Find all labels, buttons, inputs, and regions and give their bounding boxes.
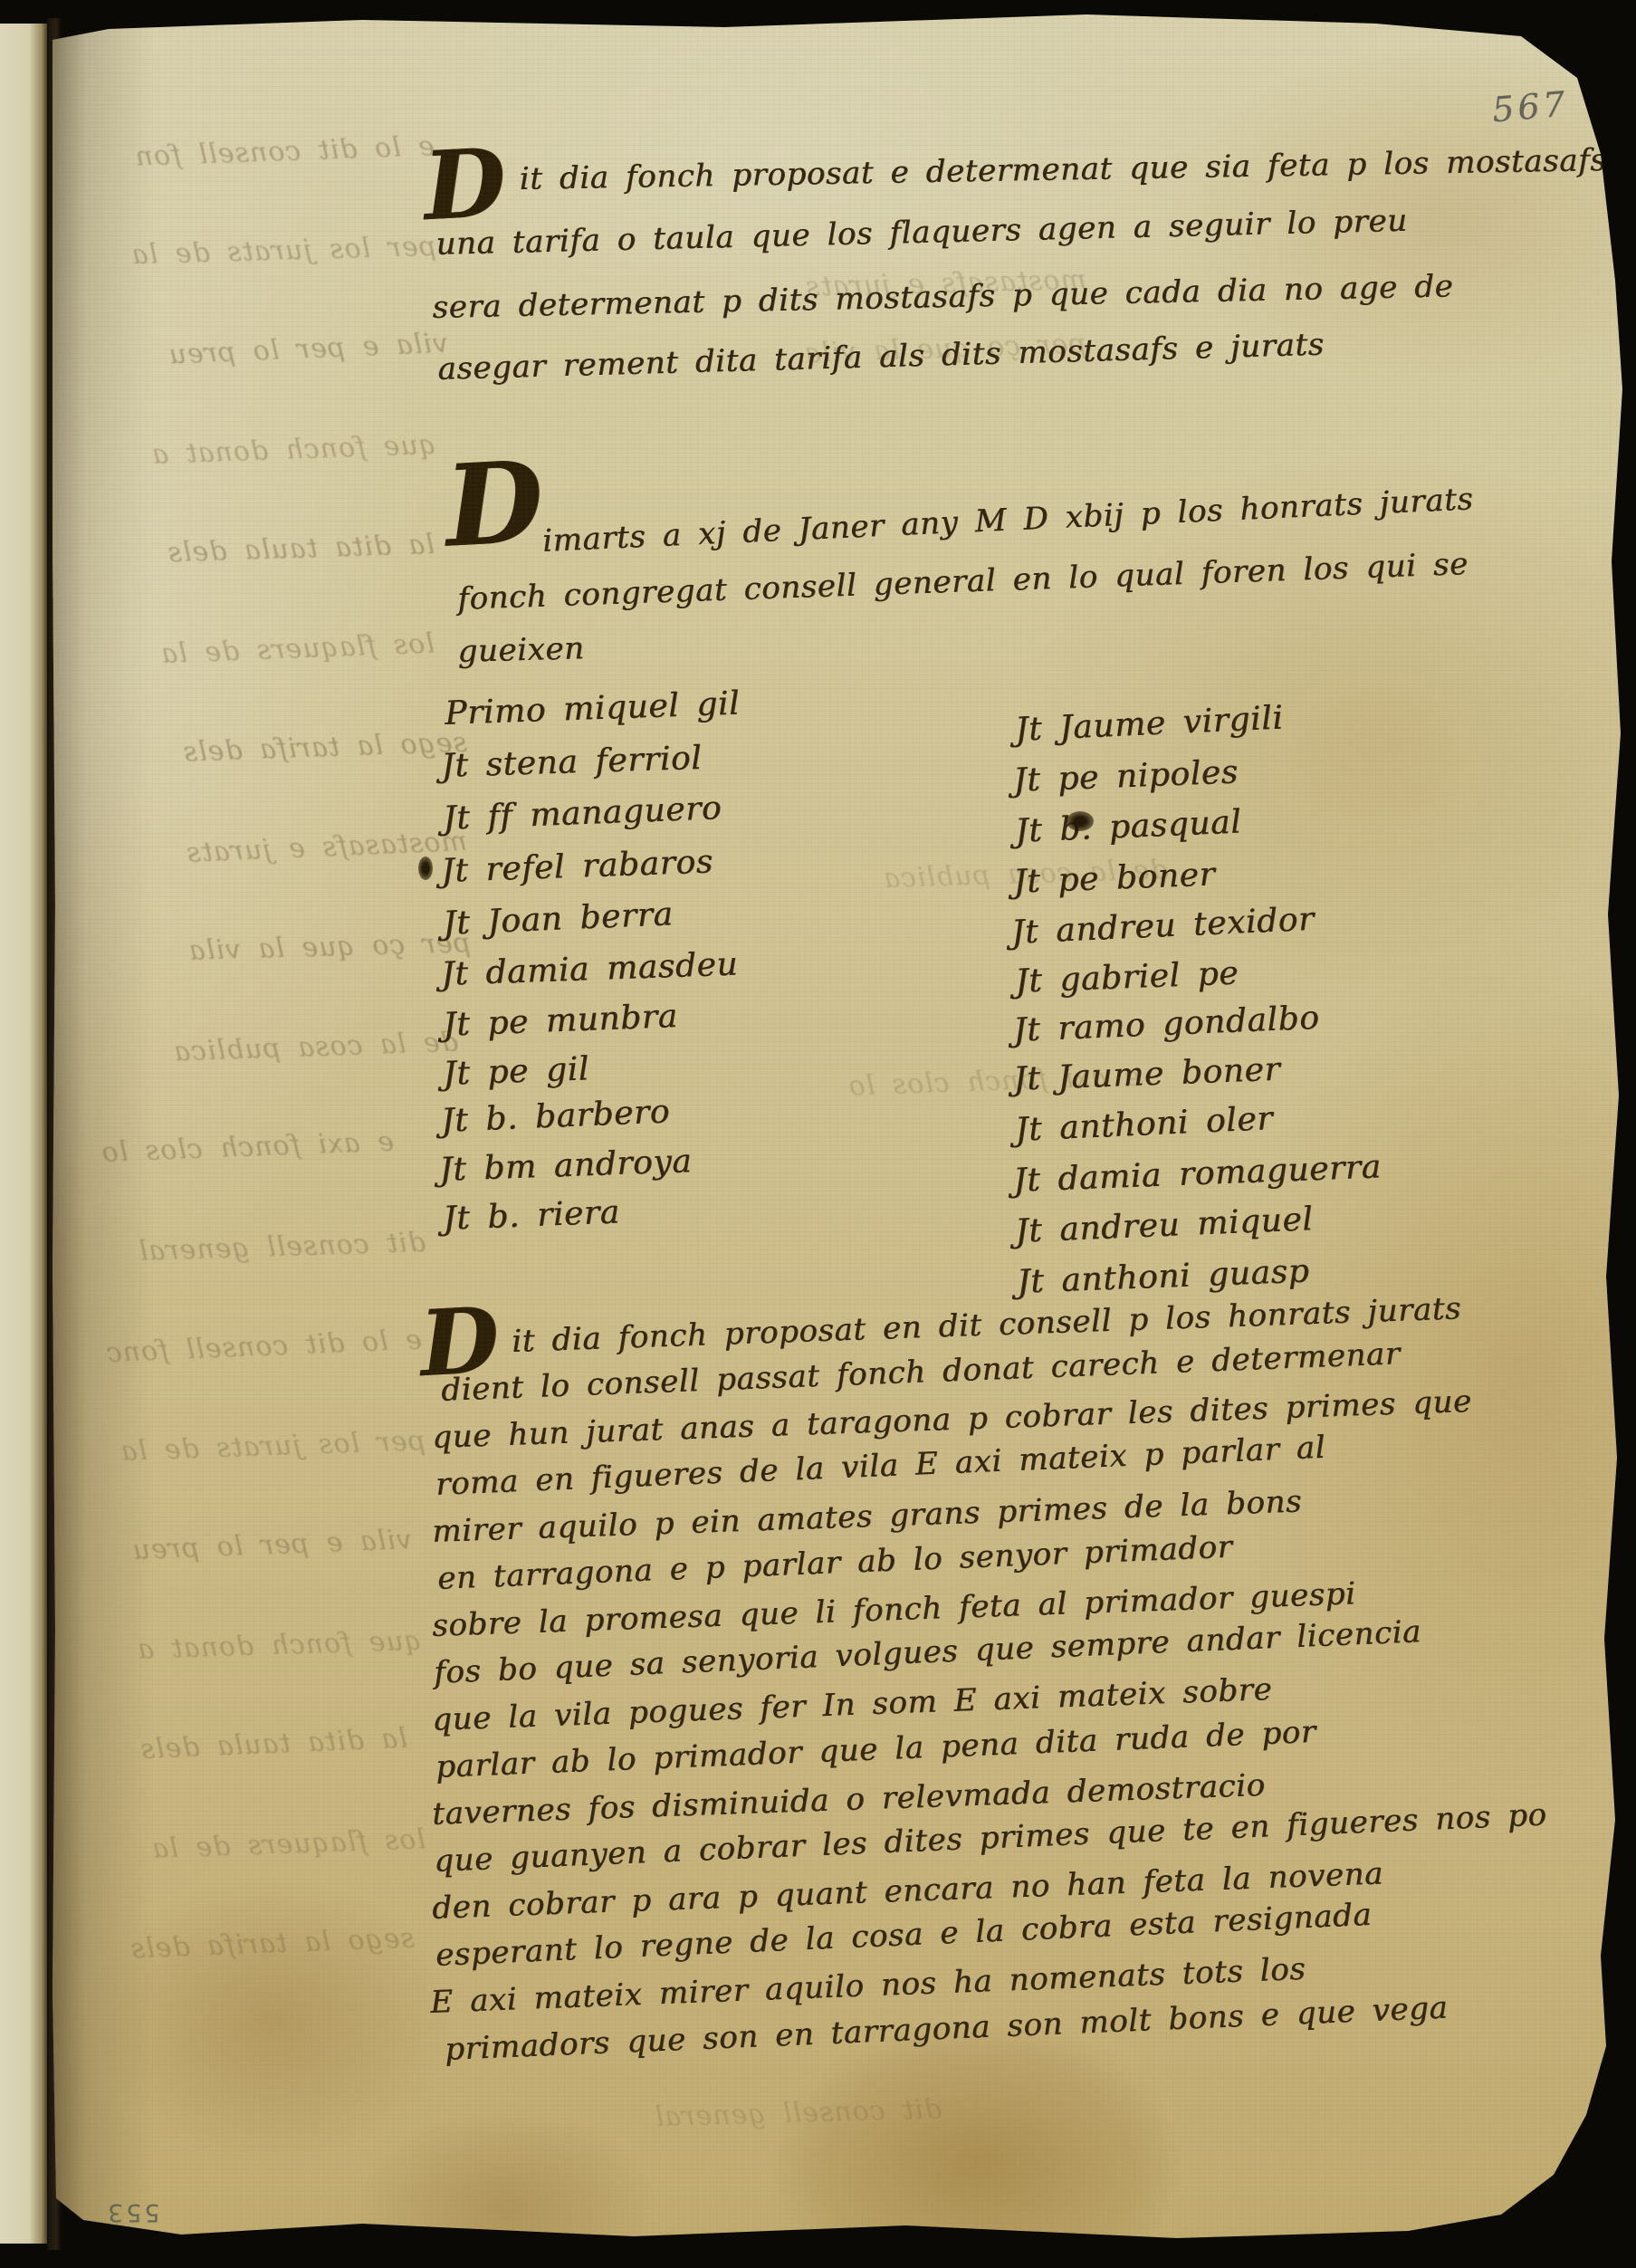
attendee-name: Jt anthoni guasp [1016, 1253, 1310, 1301]
attendee-name: Jt andreu miquel [1014, 1201, 1314, 1250]
manuscript-page: 567 e lo dit consell fonc per los jurats… [0, 0, 1636, 2268]
bleed-through-line: dit consell general [435, 2093, 942, 2139]
manuscript-line: sera determenat p dits mostasafs p que c… [432, 268, 1453, 326]
bleed-through-line: per los jurats de la [101, 231, 437, 272]
attendee-name: Jt ramo gondalbo [1012, 1000, 1320, 1049]
attendee-name: Jt stena ferriol [441, 740, 703, 785]
attendee-name: Jt damia masdeu [441, 946, 739, 993]
attendee-name: Jt b. barbero [440, 1093, 671, 1140]
manuscript-line: gueixen [457, 630, 585, 670]
attendee-name: Jt pe boner [1012, 856, 1216, 901]
attendee-name: Jt b. pasqual [1014, 804, 1242, 850]
attendee-name: Jt Jaume boner [1012, 1051, 1280, 1098]
attendee-name: Jt bm androya [439, 1143, 693, 1189]
initial-capital-d: D [421, 136, 508, 234]
attendee-name: Jt andreu texidor [1010, 901, 1315, 952]
bleed-through-line: la dita taula dels [91, 529, 435, 571]
manuscript-line: fonch congregat consell general en lo qu… [457, 546, 1469, 617]
scanned-manuscript: { "document": { "folio_number": "567", "… [0, 0, 1636, 2268]
bleed-through-line: e lo dit consell fonc [135, 130, 435, 172]
bleed-through-line: e axi fonch clos lo [85, 1125, 394, 1169]
manuscript-line: una tarifa o taula que los flaquers agen… [435, 203, 1408, 263]
attendee-name: Jt b. riera [442, 1194, 620, 1238]
bleed-through-line: vila e per lo preu [85, 1524, 412, 1568]
manuscript-line: it dia fonch proposat e determenat que s… [519, 142, 1606, 197]
bleed-through-line: de la cosa publica [123, 1027, 459, 1070]
bleed-through-line: la dita taula dels [90, 1723, 407, 1768]
attendee-name: Jt Joan berra [442, 895, 674, 943]
bleed-through-line: dit consell general [127, 1227, 426, 1268]
attendee-name: Jt pe munbra [442, 998, 678, 1044]
attendee-name: Jt Jaume virgili [1014, 700, 1284, 749]
previous-page-edge [0, 24, 47, 2244]
attendee-name: Jt ff managuero [442, 789, 722, 837]
bleed-through-line: sego la tarifa dels [87, 727, 468, 772]
attendee-name: Jt pe gil [443, 1050, 590, 1093]
attendee-name: Jt pe nipoles [1012, 753, 1239, 799]
initial-capital-d: D [443, 446, 546, 563]
bleed-through-line: que fonch donat a [123, 1625, 423, 1666]
bleed-through-line: e lo dit consell fonc [95, 1324, 422, 1369]
bleed-through-line: mostasafs e jurats [113, 826, 467, 872]
bleed-through-line: vila e per lo preu [85, 328, 448, 375]
attendee-name: Primo miquel gil [445, 685, 741, 732]
attendee-name: Jt refel rabaros [441, 844, 714, 890]
attendee-name: Jt gabriel pe [1014, 955, 1239, 1000]
attendee-name: Jt damia romaguerra [1012, 1148, 1382, 1200]
archive-stamp-number: 553 [105, 2198, 160, 2226]
ink-blot [1067, 811, 1094, 831]
bleed-through-line: per ço que la vila [91, 927, 472, 970]
attendee-name: Jt anthoni oler [1014, 1100, 1274, 1149]
folio-number: 567 [1490, 83, 1570, 129]
manuscript-line: imarts a xj de Janer any M D xbij p los … [541, 481, 1474, 560]
bleed-through-line: los flaquers de la [126, 627, 435, 671]
bleed-through-line: los flaquers de la [126, 1823, 426, 1865]
bleed-through-line: que fonch donat a [119, 429, 436, 472]
manuscript-line: asegar rement dita tarifa als dits mosta… [437, 327, 1325, 388]
bleed-through-line: per los jurats de la [117, 1425, 426, 1468]
ink-blot [418, 856, 433, 880]
bleed-through-line: sego la tarifa dels [97, 1922, 415, 1966]
